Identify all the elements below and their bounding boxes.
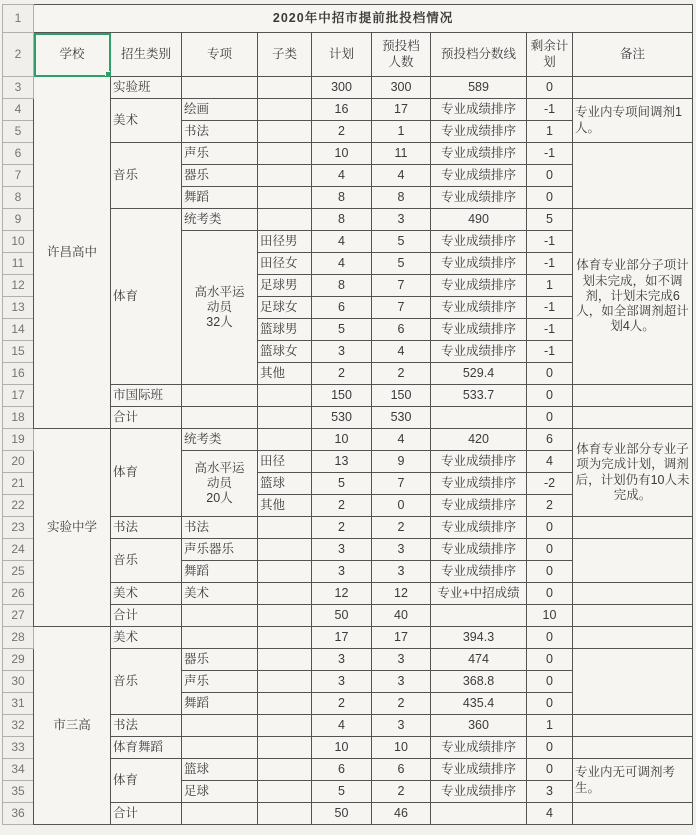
row-number[interactable]: 17 [3,385,34,407]
cell-remaining[interactable]: 0 [527,649,573,671]
cell-special[interactable] [182,715,258,737]
row-number[interactable]: 2 [3,33,34,77]
cell-score_line[interactable]: 专业成绩排序 [431,495,527,517]
cell-remarks[interactable]: 专业内无可调剂考生。 [573,759,693,803]
cell-subtype[interactable] [258,187,312,209]
cell-pre_count[interactable]: 1 [372,121,431,143]
title-row: 1 2020年中招市提前批投档情况 [3,5,693,33]
cell-special[interactable] [182,407,258,429]
cell-remaining[interactable]: 0 [527,583,573,605]
cell-pre_count[interactable]: 3 [372,209,431,231]
cell-pre_count[interactable]: 2 [372,363,431,385]
cell-pre_count[interactable]: 12 [372,583,431,605]
cell-plan[interactable]: 2 [312,495,372,517]
cell-plan[interactable]: 13 [312,451,372,473]
cell-plan[interactable]: 4 [312,165,372,187]
row-number[interactable]: 10 [3,231,34,253]
cell-score_line[interactable]: 专业成绩排序 [431,561,527,583]
column-header-special[interactable]: 专项 [182,33,258,77]
row-number[interactable]: 7 [3,165,34,187]
cell-remaining[interactable]: 1 [527,275,573,297]
row-number[interactable]: 29 [3,649,34,671]
cell-special[interactable] [182,605,258,627]
cell-category[interactable]: 美术 [111,99,182,143]
cell-remaining[interactable]: -1 [527,143,573,165]
cell-remarks[interactable] [573,143,693,209]
row-number[interactable]: 34 [3,759,34,781]
column-header-school[interactable]: 学校 [34,33,111,77]
cell-pre_count[interactable]: 5 [372,231,431,253]
cell-plan[interactable]: 530 [312,407,372,429]
cell-subtype[interactable] [258,781,312,803]
sheet-title[interactable]: 2020年中招市提前批投档情况 [34,5,693,33]
cell-subtype[interactable]: 足球女 [258,297,312,319]
cell-category[interactable]: 书法 [111,715,182,737]
cell-score_line[interactable]: 专业成绩排序 [431,187,527,209]
cell-pre_count[interactable]: 530 [372,407,431,429]
cell-plan[interactable]: 16 [312,99,372,121]
cell-subtype[interactable]: 篮球 [258,473,312,495]
cell-score_line[interactable]: 589 [431,77,527,99]
cell-remaining[interactable]: 5 [527,209,573,231]
cell-category[interactable]: 市国际班 [111,385,182,407]
cell-plan[interactable]: 8 [312,209,372,231]
cell-remaining[interactable]: 0 [527,737,573,759]
cell-score_line[interactable]: 专业成绩排序 [431,253,527,275]
cell-category[interactable]: 美术 [111,583,182,605]
cell-remarks[interactable] [573,605,693,627]
table-row: 28市三高美术1717394.30 [3,627,693,649]
cell-subtype[interactable] [258,99,312,121]
cell-pre_count[interactable]: 4 [372,341,431,363]
cell-remaining[interactable]: -1 [527,297,573,319]
cell-pre_count[interactable]: 3 [372,671,431,693]
cell-remarks[interactable] [573,539,693,583]
cell-remarks[interactable] [573,627,693,649]
cell-category[interactable]: 体育 [111,759,182,803]
cell-score_line[interactable]: 专业成绩排序 [431,297,527,319]
cell-score_line[interactable]: 529.4 [431,363,527,385]
cell-pre_count[interactable]: 3 [372,561,431,583]
cell-score_line[interactable]: 专业成绩排序 [431,165,527,187]
cell-special[interactable]: 舞蹈 [182,561,258,583]
cell-subtype[interactable] [258,385,312,407]
cell-remarks[interactable] [573,737,693,759]
cell-remarks[interactable] [573,385,693,407]
cell-category[interactable]: 体育 [111,209,182,385]
cell-remaining[interactable]: 4 [527,451,573,473]
cell-pre_count[interactable]: 46 [372,803,431,825]
cell-pre_count[interactable]: 5 [372,253,431,275]
cell-subtype[interactable]: 田径男 [258,231,312,253]
cell-subtype[interactable] [258,583,312,605]
cell-remaining[interactable]: 0 [527,187,573,209]
cell-subtype[interactable]: 足球男 [258,275,312,297]
row-number[interactable]: 9 [3,209,34,231]
cell-score_line[interactable]: 专业成绩排序 [431,737,527,759]
cell-special[interactable]: 舞蹈 [182,187,258,209]
row-number[interactable]: 24 [3,539,34,561]
cell-remaining[interactable]: 4 [527,803,573,825]
cell-plan[interactable]: 8 [312,187,372,209]
cell-subtype[interactable] [258,121,312,143]
row-number[interactable]: 20 [3,451,34,473]
cell-subtype[interactable] [258,693,312,715]
cell-score_line[interactable] [431,803,527,825]
cell-subtype[interactable]: 田径女 [258,253,312,275]
cell-score_line[interactable]: 专业成绩排序 [431,759,527,781]
cell-plan[interactable]: 2 [312,121,372,143]
cell-score_line[interactable]: 360 [431,715,527,737]
cell-pre_count[interactable]: 3 [372,539,431,561]
cell-remaining[interactable]: 1 [527,121,573,143]
cell-remaining[interactable]: 0 [527,627,573,649]
cell-remarks[interactable] [573,517,693,539]
cell-plan[interactable]: 6 [312,759,372,781]
cell-score_line[interactable]: 专业+中招成绩 [431,583,527,605]
cell-remaining[interactable]: 0 [527,759,573,781]
cell-plan[interactable]: 3 [312,649,372,671]
cell-score_line[interactable]: 专业成绩排序 [431,99,527,121]
cell-score_line[interactable]: 474 [431,649,527,671]
column-header-pre-count[interactable]: 预投档 人数 [372,33,431,77]
cell-remaining[interactable]: 1 [527,715,573,737]
cell-pre_count[interactable]: 7 [372,473,431,495]
cell-subtype[interactable] [258,407,312,429]
cell-score_line[interactable]: 专业成绩排序 [431,319,527,341]
cell-plan[interactable]: 50 [312,605,372,627]
cell-subtype[interactable]: 篮球女 [258,341,312,363]
cell-score_line[interactable]: 394.3 [431,627,527,649]
row-number[interactable]: 3 [3,77,34,99]
row-number[interactable]: 21 [3,473,34,495]
cell-pre_count[interactable]: 3 [372,715,431,737]
cell-remarks[interactable] [573,583,693,605]
cell-remarks[interactable] [573,407,693,429]
cell-category[interactable]: 合计 [111,605,182,627]
cell-special[interactable]: 统考类 [182,429,258,451]
cell-remaining[interactable]: 0 [527,77,573,99]
cell-plan[interactable]: 3 [312,671,372,693]
cell-remaining[interactable]: 0 [527,407,573,429]
cell-remaining[interactable]: 0 [527,693,573,715]
cell-remarks[interactable] [573,803,693,825]
cell-pre_count[interactable]: 4 [372,165,431,187]
cell-plan[interactable]: 300 [312,77,372,99]
row-number[interactable]: 11 [3,253,34,275]
cell-remarks[interactable] [573,649,693,715]
cell-remarks[interactable]: 专业内专项间调剂1人。 [573,99,693,143]
column-header-remaining[interactable]: 剩余计 划 [527,33,573,77]
cell-pre_count[interactable]: 7 [372,297,431,319]
cell-remaining[interactable]: -1 [527,341,573,363]
cell-subtype[interactable] [258,759,312,781]
row-number[interactable]: 8 [3,187,34,209]
cell-special[interactable]: 高水平运 动员 32人 [182,231,258,385]
row-number[interactable]: 32 [3,715,34,737]
row-number[interactable]: 5 [3,121,34,143]
cell-special[interactable]: 舞蹈 [182,693,258,715]
cell-subtype[interactable] [258,539,312,561]
cell-pre_count[interactable]: 40 [372,605,431,627]
cell-score_line[interactable]: 专业成绩排序 [431,781,527,803]
table-row: 19实验中学体育统考类1044206体育专业部分专业子项为完成计划，调剂后，计划… [3,429,693,451]
cell-score_line[interactable]: 专业成绩排序 [431,517,527,539]
cell-school[interactable]: 实验中学 [34,429,111,627]
cell-remarks[interactable]: 体育专业部分子项计划未完成，如不调剂，计划未完成6人，如全部调剂超计划4人。 [573,209,693,385]
cell-pre_count[interactable]: 9 [372,451,431,473]
cell-subtype[interactable] [258,715,312,737]
cell-score_line[interactable]: 420 [431,429,527,451]
cell-plan[interactable]: 5 [312,473,372,495]
cell-category[interactable]: 体育舞蹈 [111,737,182,759]
cell-remaining[interactable]: 0 [527,671,573,693]
spreadsheet: 1 2020年中招市提前批投档情况 2 学校 招生类别 专项 子类 计划 预投档… [2,4,693,825]
cell-remaining[interactable]: 0 [527,165,573,187]
cell-score_line[interactable]: 专业成绩排序 [431,539,527,561]
cell-plan[interactable]: 5 [312,319,372,341]
cell-remaining[interactable]: 0 [527,385,573,407]
cell-subtype[interactable] [258,605,312,627]
cell-pre_count[interactable]: 6 [372,759,431,781]
cell-pre_count[interactable]: 2 [372,517,431,539]
cell-remaining[interactable]: -2 [527,473,573,495]
cell-remaining[interactable]: 0 [527,539,573,561]
cell-plan[interactable]: 150 [312,385,372,407]
row-number[interactable]: 13 [3,297,34,319]
cell-score_line[interactable]: 专业成绩排序 [431,341,527,363]
cell-remarks[interactable] [573,77,693,99]
cell-remarks[interactable] [573,715,693,737]
cell-special[interactable]: 声乐 [182,671,258,693]
cell-subtype[interactable] [258,803,312,825]
cell-pre_count[interactable]: 17 [372,627,431,649]
cell-score_line[interactable] [431,605,527,627]
row-number[interactable]: 4 [3,99,34,121]
cell-subtype[interactable] [258,671,312,693]
cell-plan[interactable]: 3 [312,341,372,363]
cell-remaining[interactable]: 0 [527,517,573,539]
cell-special[interactable]: 声乐器乐 [182,539,258,561]
cell-special[interactable]: 足球 [182,781,258,803]
header-row: 2 学校 招生类别 专项 子类 计划 预投档 人数 预投档分数线 剩余计 划 备… [3,33,693,77]
cell-subtype[interactable]: 篮球男 [258,319,312,341]
cell-remaining[interactable]: -1 [527,319,573,341]
cell-subtype[interactable] [258,429,312,451]
cell-special[interactable]: 统考类 [182,209,258,231]
cell-school[interactable]: 市三高 [34,627,111,825]
cell-score_line[interactable]: 专业成绩排序 [431,231,527,253]
cell-category[interactable]: 音乐 [111,143,182,209]
cell-pre_count[interactable]: 2 [372,693,431,715]
cell-plan[interactable]: 6 [312,297,372,319]
cell-category[interactable]: 音乐 [111,649,182,715]
row-number[interactable]: 36 [3,803,34,825]
cell-score_line[interactable]: 专业成绩排序 [431,473,527,495]
row-number[interactable]: 14 [3,319,34,341]
cell-special[interactable]: 书法 [182,121,258,143]
cell-remaining[interactable]: -1 [527,253,573,275]
cell-pre_count[interactable]: 8 [372,187,431,209]
row-number[interactable]: 25 [3,561,34,583]
column-header-plan[interactable]: 计划 [312,33,372,77]
cell-category[interactable]: 体育 [111,429,182,517]
cell-special[interactable]: 器乐 [182,649,258,671]
cell-score_line[interactable] [431,407,527,429]
cell-plan[interactable]: 17 [312,627,372,649]
column-header-category[interactable]: 招生类别 [111,33,182,77]
cell-plan[interactable]: 10 [312,737,372,759]
cell-score_line[interactable]: 533.7 [431,385,527,407]
cell-pre_count[interactable]: 0 [372,495,431,517]
cell-category[interactable]: 书法 [111,517,182,539]
cell-pre_count[interactable]: 11 [372,143,431,165]
row-number[interactable]: 19 [3,429,34,451]
cell-special[interactable]: 器乐 [182,165,258,187]
row-number[interactable]: 1 [3,5,34,33]
cell-subtype[interactable]: 田径 [258,451,312,473]
cell-plan[interactable]: 2 [312,693,372,715]
table-body: 1 2020年中招市提前批投档情况 2 学校 招生类别 专项 子类 计划 预投档… [3,5,693,825]
cell-pre_count[interactable]: 6 [372,319,431,341]
cell-pre_count[interactable]: 10 [372,737,431,759]
cell-remaining[interactable]: 6 [527,429,573,451]
cell-subtype[interactable]: 其他 [258,495,312,517]
row-number[interactable]: 23 [3,517,34,539]
cell-subtype[interactable] [258,143,312,165]
cell-subtype[interactable] [258,517,312,539]
cell-special[interactable]: 声乐 [182,143,258,165]
cell-subtype[interactable] [258,649,312,671]
row-number[interactable]: 28 [3,627,34,649]
cell-special[interactable] [182,737,258,759]
column-header-remarks[interactable]: 备注 [573,33,693,77]
cell-subtype[interactable] [258,737,312,759]
cell-pre_count[interactable]: 3 [372,649,431,671]
cell-plan[interactable]: 3 [312,539,372,561]
row-number[interactable]: 30 [3,671,34,693]
cell-plan[interactable]: 3 [312,561,372,583]
cell-plan[interactable]: 10 [312,143,372,165]
cell-subtype[interactable] [258,165,312,187]
row-number[interactable]: 12 [3,275,34,297]
column-header-score-line[interactable]: 预投档分数线 [431,33,527,77]
cell-special[interactable] [182,385,258,407]
cell-category[interactable]: 合计 [111,803,182,825]
cell-special[interactable]: 美术 [182,583,258,605]
cell-special[interactable]: 书法 [182,517,258,539]
cell-subtype[interactable]: 其他 [258,363,312,385]
cell-remaining[interactable]: -1 [527,231,573,253]
cell-remaining[interactable]: 0 [527,363,573,385]
cell-pre_count[interactable]: 2 [372,781,431,803]
cell-plan[interactable]: 4 [312,253,372,275]
cell-remaining[interactable]: 10 [527,605,573,627]
cell-pre_count[interactable]: 150 [372,385,431,407]
row-number[interactable]: 18 [3,407,34,429]
cell-plan[interactable]: 10 [312,429,372,451]
column-header-subtype[interactable]: 子类 [258,33,312,77]
cell-score_line[interactable]: 专业成绩排序 [431,143,527,165]
cell-subtype[interactable] [258,561,312,583]
cell-score_line[interactable]: 专业成绩排序 [431,451,527,473]
cell-special[interactable] [182,803,258,825]
row-number[interactable]: 16 [3,363,34,385]
cell-plan[interactable]: 5 [312,781,372,803]
cell-special[interactable]: 篮球 [182,759,258,781]
cell-plan[interactable]: 2 [312,517,372,539]
table-row: 3许昌高中实验班3003005890 [3,77,693,99]
cell-subtype[interactable] [258,209,312,231]
cell-special[interactable] [182,77,258,99]
row-number[interactable]: 31 [3,693,34,715]
cell-special[interactable] [182,627,258,649]
cell-school[interactable]: 许昌高中 [34,77,111,429]
cell-special[interactable]: 高水平运 动员 20人 [182,451,258,517]
cell-remarks[interactable]: 体育专业部分专业子项为完成计划，调剂后，计划仍有10人未完成。 [573,429,693,517]
cell-score_line[interactable]: 专业成绩排序 [431,121,527,143]
cell-plan[interactable]: 50 [312,803,372,825]
row-number[interactable]: 27 [3,605,34,627]
cell-pre_count[interactable]: 7 [372,275,431,297]
cell-subtype[interactable] [258,627,312,649]
cell-category[interactable]: 美术 [111,627,182,649]
row-number[interactable]: 35 [3,781,34,803]
cell-score_line[interactable]: 435.4 [431,693,527,715]
cell-remaining[interactable]: 0 [527,561,573,583]
cell-score_line[interactable]: 368.8 [431,671,527,693]
row-number[interactable]: 15 [3,341,34,363]
cell-subtype[interactable] [258,77,312,99]
cell-remaining[interactable]: -1 [527,99,573,121]
cell-pre_count[interactable]: 4 [372,429,431,451]
row-number[interactable]: 33 [3,737,34,759]
cell-remaining[interactable]: 2 [527,495,573,517]
cell-remaining[interactable]: 3 [527,781,573,803]
cell-pre_count[interactable]: 17 [372,99,431,121]
cell-category[interactable]: 音乐 [111,539,182,583]
row-number[interactable]: 26 [3,583,34,605]
cell-plan[interactable]: 2 [312,363,372,385]
cell-plan[interactable]: 8 [312,275,372,297]
cell-plan[interactable]: 4 [312,231,372,253]
row-number[interactable]: 22 [3,495,34,517]
cell-category[interactable]: 合计 [111,407,182,429]
cell-plan[interactable]: 12 [312,583,372,605]
cell-special[interactable]: 绘画 [182,99,258,121]
cell-pre_count[interactable]: 300 [372,77,431,99]
cell-score_line[interactable]: 专业成绩排序 [431,275,527,297]
cell-score_line[interactable]: 490 [431,209,527,231]
cell-plan[interactable]: 4 [312,715,372,737]
row-number[interactable]: 6 [3,143,34,165]
cell-category[interactable]: 实验班 [111,77,182,99]
